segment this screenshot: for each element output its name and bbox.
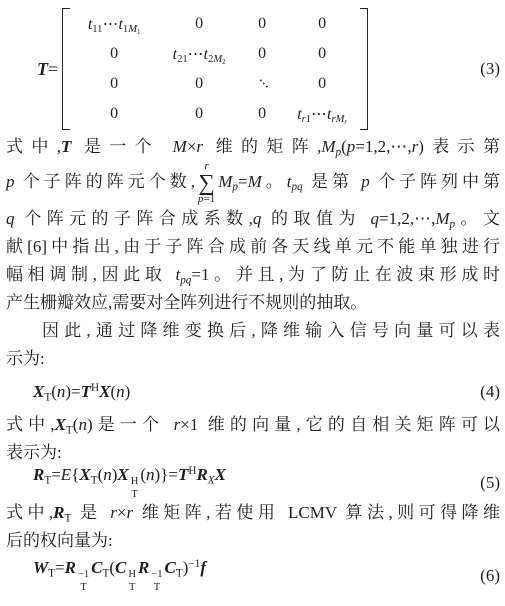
matrix-symbol-lhs: T= — [37, 59, 58, 80]
text-line: 后的权向量为: — [6, 527, 500, 555]
text-line: 式中,RT 是 r×r 维矩阵,若使用 LCMV 算法,则可得降维 — [6, 499, 500, 527]
matrix-cell: 0 — [110, 45, 118, 63]
matrix-cell: 0 — [195, 15, 203, 33]
text-line: 表示为: — [6, 439, 500, 467]
matrix-cell: tr1⋯trMr — [297, 104, 347, 124]
matrix-cell: 0 — [258, 105, 266, 123]
matrix-cell: 0 — [318, 45, 326, 63]
paragraph-3: 式中,XT(n)是一个 r×1 维的向量,它的自相关矩阵可以 表示为: — [6, 411, 500, 467]
text-line: 献[6]中指出,由于子阵合成前各天线单元不能单独进行 — [6, 233, 500, 261]
equation-number-3: (3) — [480, 59, 500, 79]
matrix: t11⋯t1M10000t21⋯t2M20000···0000tr1⋯trMr — [70, 9, 360, 129]
equation-5: RT=E{XT(n)XHT(n)}=THRXX (5) — [6, 467, 500, 499]
equation-number-5: (5) — [480, 473, 500, 493]
text-line: p 个子阵的阵元个数,r∑p=1Mp=M。tpq 是第 p 个子阵列中第 — [6, 161, 500, 205]
paper-page: T= t11⋯t1M10000t21⋯t2M20000···0000tr1⋯tr… — [0, 0, 505, 606]
equation-number-4: (4) — [480, 382, 500, 402]
matrix-cell: t21⋯t2M2 — [173, 44, 226, 64]
text-line: 式中,T 是一个 M×r 维的矩阵,Mp(p=1,2,⋯,r)表示第 — [6, 133, 500, 161]
equation-body-6: WT=R−1TCT(CHTR−1TCT)−1f — [33, 558, 206, 594]
diagonal-dots: ··· — [251, 73, 273, 95]
text-line: 因此,通过降维变换后,降维输入信号向量可以表 — [6, 317, 500, 345]
matrix-cell: 0 — [318, 75, 326, 93]
paragraph-4: 式中,RT 是 r×r 维矩阵,若使用 LCMV 算法,则可得降维 后的权向量为… — [6, 499, 500, 555]
matrix-cell: 0 — [195, 105, 203, 123]
matrix-cell: t11⋯t1M1 — [88, 14, 141, 34]
equation-6: WT=R−1TCT(CHTR−1TCT)−1f (6) — [6, 555, 500, 597]
text-line: 产生栅瓣效应,需要对全阵列进行不规则的抽取。 — [6, 289, 500, 317]
text-line: 幅相调制,因此取 tpq=1。并且,为了防止在波束形成时 — [6, 261, 500, 289]
matrix-cell: 0 — [258, 15, 266, 33]
paragraph-1: 式中,T 是一个 M×r 维的矩阵,Mp(p=1,2,⋯,r)表示第 p 个子阵… — [6, 133, 500, 317]
matrix-cell: 0 — [195, 75, 203, 93]
matrix-right-bracket — [360, 8, 368, 130]
matrix-cell: 0 — [110, 105, 118, 123]
matrix-cell: 0 — [318, 15, 326, 33]
matrix-left-bracket — [62, 8, 70, 130]
matrix-cell: 0 — [258, 45, 266, 63]
text-line: 式中,XT(n)是一个 r×1 维的向量,它的自相关矩阵可以 — [6, 411, 500, 439]
paragraph-2: 因此,通过降维变换后,降维输入信号向量可以表 示为: — [6, 317, 500, 373]
text-line: q 个阵元的子阵合成系数,q 的取值为 q=1,2,⋯,Mp。文 — [6, 205, 500, 233]
equation-number-6: (6) — [480, 566, 500, 586]
equation-4: XT(n)=THX(n) (4) — [6, 373, 500, 411]
matrix-cell: 0 — [110, 75, 118, 93]
equation-body-4: XT(n)=THX(n) — [33, 382, 130, 402]
equation-body-5: RT=E{XT(n)XHT(n)}=THRXX — [33, 465, 226, 501]
text-line: 示为: — [6, 345, 500, 373]
matrix-cell: ··· — [256, 75, 269, 93]
equation-3: T= t11⋯t1M10000t21⋯t2M20000···0000tr1⋯tr… — [6, 5, 500, 133]
